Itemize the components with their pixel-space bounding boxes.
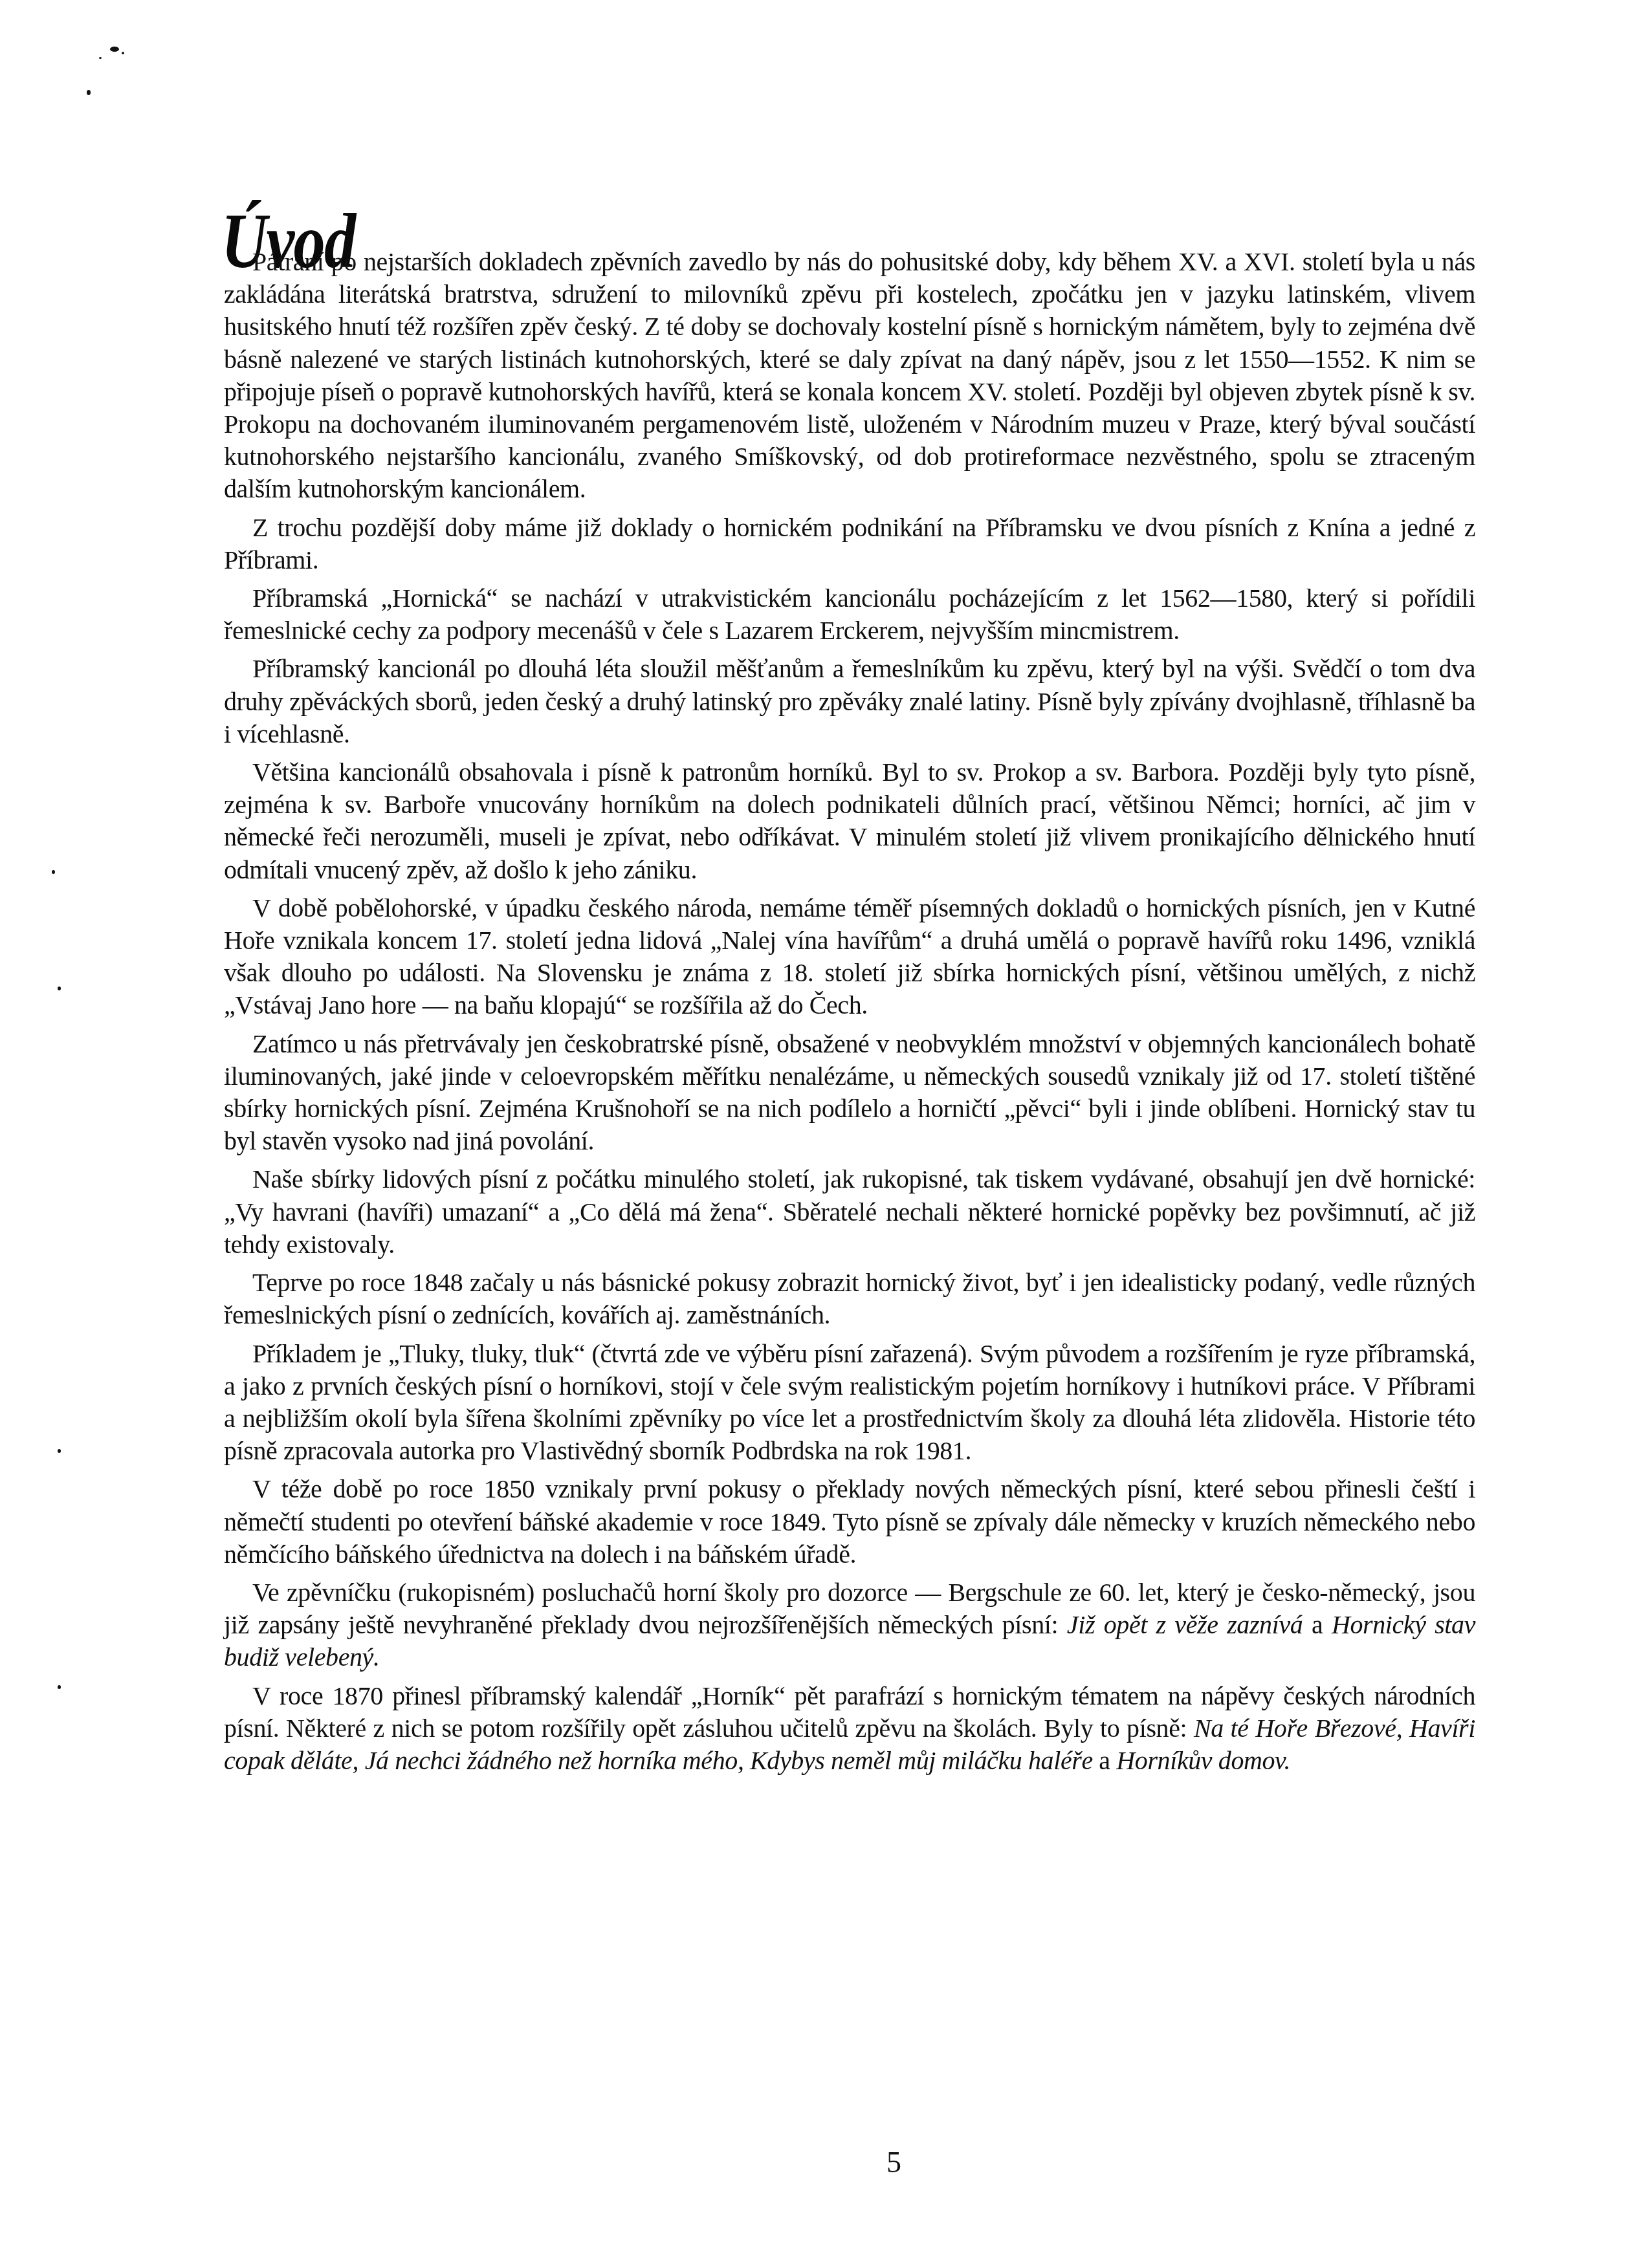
document-page: Úvod Pátrání po nejstarších dokladech zp… [0, 0, 1650, 2268]
paragraph-text: Pátrání po nejstarších dokladech zpěvníc… [224, 247, 1475, 503]
paragraph-text: Zatímco u nás přetrvávaly jen českobratr… [224, 1029, 1475, 1156]
paragraph-text: Většina kancionálů obsahovala i písně k … [224, 758, 1475, 884]
paragraph-text: Naše sbírky lidových písní z počátku min… [224, 1164, 1475, 1258]
paragraph: Příkladem je „Tluky, tluky, tluk“ (čtvrt… [224, 1338, 1475, 1468]
scan-speck [87, 90, 91, 95]
paragraph: Zatímco u nás přetrvávaly jen českobratr… [224, 1028, 1475, 1158]
paragraph: Ve zpěvníčku (rukopisném) posluchačů hor… [224, 1576, 1475, 1674]
page-number: 5 [886, 2146, 901, 2179]
scan-speck [58, 1685, 61, 1689]
paragraph-text: Příbramská „Hornická“ se nachází v utrak… [224, 583, 1475, 645]
paragraph-text: Z trochu pozdější doby máme již doklady … [224, 513, 1475, 574]
scan-speck [58, 987, 61, 990]
italic-song-title: Horníkův domov. [1116, 1746, 1290, 1775]
scan-speck [99, 57, 102, 59]
paragraph: Příbramský kancionál po dlouhá léta slou… [224, 653, 1475, 750]
paragraph: Příbramská „Hornická“ se nachází v utrak… [224, 582, 1475, 647]
scan-speck [110, 47, 119, 52]
italic-song-title: Již opět z věže zaznívá [1067, 1610, 1303, 1639]
paragraph-text: V téže době po roce 1850 vznikaly první … [224, 1474, 1475, 1568]
paragraph-text: Příkladem je „Tluky, tluky, tluk“ (čtvrt… [224, 1339, 1475, 1466]
scan-speck [122, 52, 124, 54]
paragraph-text: a [1093, 1746, 1117, 1775]
scan-speck [52, 870, 55, 874]
paragraph: Teprve po roce 1848 začaly u nás básnick… [224, 1267, 1475, 1331]
paragraph: Naše sbírky lidových písní z počátku min… [224, 1163, 1475, 1261]
paragraph: Většina kancionálů obsahovala i písně k … [224, 756, 1475, 886]
paragraph: V době pobělohorské, v úpadku českého ná… [224, 892, 1475, 1022]
body-text: Pátrání po nejstarších dokladech zpěvníc… [224, 246, 1475, 1783]
paragraph: V roce 1870 přinesl příbramský kalendář … [224, 1680, 1475, 1778]
paragraph-text: a [1303, 1610, 1332, 1639]
paragraph: Z trochu pozdější doby máme již doklady … [224, 512, 1475, 576]
paragraph-text: Teprve po roce 1848 začaly u nás básnick… [224, 1268, 1475, 1329]
paragraph-text: Příbramský kancionál po dlouhá léta slou… [224, 654, 1475, 748]
paragraph: Pátrání po nejstarších dokladech zpěvníc… [224, 246, 1475, 506]
paragraph: V téže době po roce 1850 vznikaly první … [224, 1473, 1475, 1571]
paragraph-text: V době pobělohorské, v úpadku českého ná… [224, 893, 1475, 1020]
scan-speck [58, 1449, 61, 1453]
